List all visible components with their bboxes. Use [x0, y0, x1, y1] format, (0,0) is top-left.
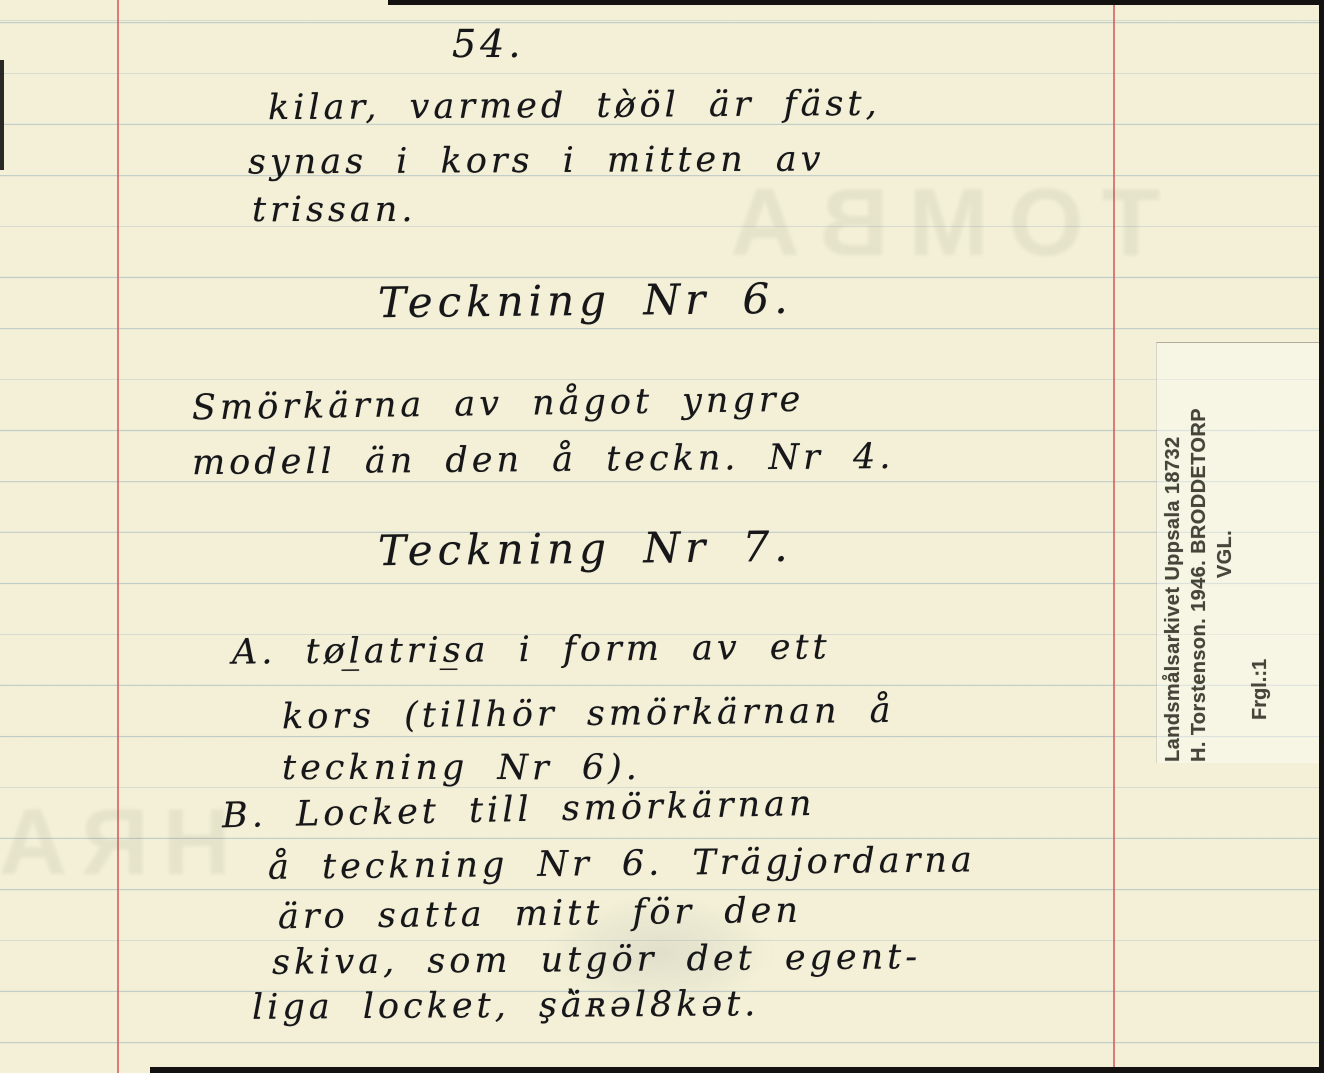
scan-edge-bottom: [150, 1067, 1324, 1073]
scan-edge-left-mark: [0, 60, 4, 170]
page-number: 54.: [452, 22, 524, 66]
handwritten-line: modell än den å teckn. Nr 4.: [192, 437, 895, 483]
stamp-archive-name: Landsmålsarkivet Uppsala 18732: [1160, 346, 1186, 762]
scan-edge-top: [388, 0, 1324, 5]
fragment-number-text: Frgl.:1: [1240, 634, 1280, 720]
bleedthrough-text-top: TOMBA: [710, 168, 1160, 278]
archive-stamp: Landsmålsarkivet Uppsala 18732 H. Torste…: [1160, 346, 1244, 762]
handwritten-line: kors (tillhör smörkärnan å: [282, 691, 895, 737]
stamp-collector-year-place: H. Torstenson. 1946. BRODDETORP: [1186, 346, 1212, 762]
handwritten-line: trissan.: [252, 190, 416, 230]
handwritten-line: A. tøl̲atris̲a i form av ett: [232, 627, 831, 672]
handwritten-line: skiva, som utgör det egent-: [272, 937, 921, 983]
handwritten-line: teckning Nr 6).: [282, 748, 641, 788]
left-margin-line: [117, 0, 119, 1073]
fragment-number-stamp: Frgl.:1: [1240, 634, 1280, 720]
scanned-document-page: TOMBA HRA 54. kilar, varmed tø̀öl är fäs…: [0, 0, 1324, 1073]
handwritten-line: liga locket, şä̀ʀəl8kət.: [252, 984, 760, 1028]
scan-edge-right: [1319, 0, 1324, 1073]
section-heading-teckning-7: Teckning Nr 7.: [378, 522, 793, 575]
handwritten-line: kilar, varmed tø̀öl är fäst,: [268, 84, 881, 128]
section-heading-teckning-6: Teckning Nr 6.: [378, 274, 793, 327]
bleedthrough-text-bottom-left: HRA: [0, 788, 231, 896]
handwritten-line: Smörkärna av något yngre: [192, 380, 805, 429]
handwritten-line: äro satta mitt för den: [278, 891, 802, 937]
right-margin-line: [1113, 0, 1115, 1073]
handwritten-line: synas i kors i mitten av: [248, 139, 825, 182]
handwritten-line: å teckning Nr 6. Trägjordarna: [268, 840, 976, 887]
stamp-province: VGL.: [1212, 346, 1238, 762]
